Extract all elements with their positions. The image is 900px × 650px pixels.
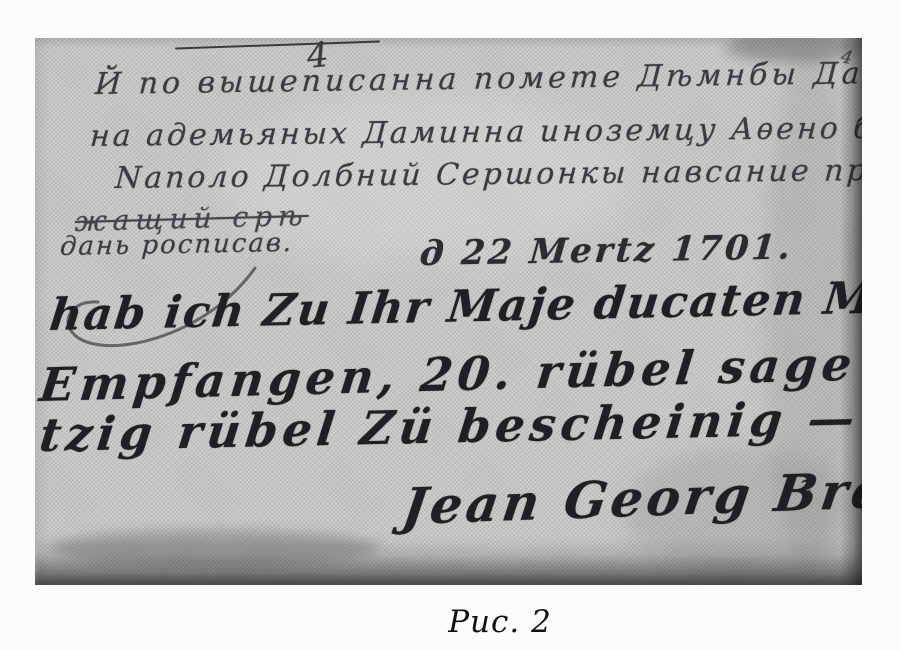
handwriting-russian-line-3: Nаполо Долбний Сершонкы навсание приказы xyxy=(114,155,862,194)
handwriting-russian-line-1: Й по вышеписанна помете Дѣмнбы Даанклвби xyxy=(94,57,862,100)
figure-caption: Рис. 2 xyxy=(448,604,552,640)
date-line: д 22 Mertz 1701. xyxy=(419,230,795,271)
handwriting-russian-line-2: на адемьяных Даминна иноземцу Аѳено брег… xyxy=(89,112,862,152)
ink-stroke xyxy=(175,40,380,49)
manuscript-photo: 4 4 Й по вышеписанна помете Дѣмнбы Даанк… xyxy=(35,38,862,585)
german-line-1: hab ich Zu Ihr Maje ducaten Mich xyxy=(47,275,862,338)
signature: Jean Georg Breuer xyxy=(399,461,862,532)
stain xyxy=(35,538,862,585)
handwriting-russian-line-4: дань росписав. xyxy=(59,230,294,260)
stain xyxy=(50,530,380,566)
